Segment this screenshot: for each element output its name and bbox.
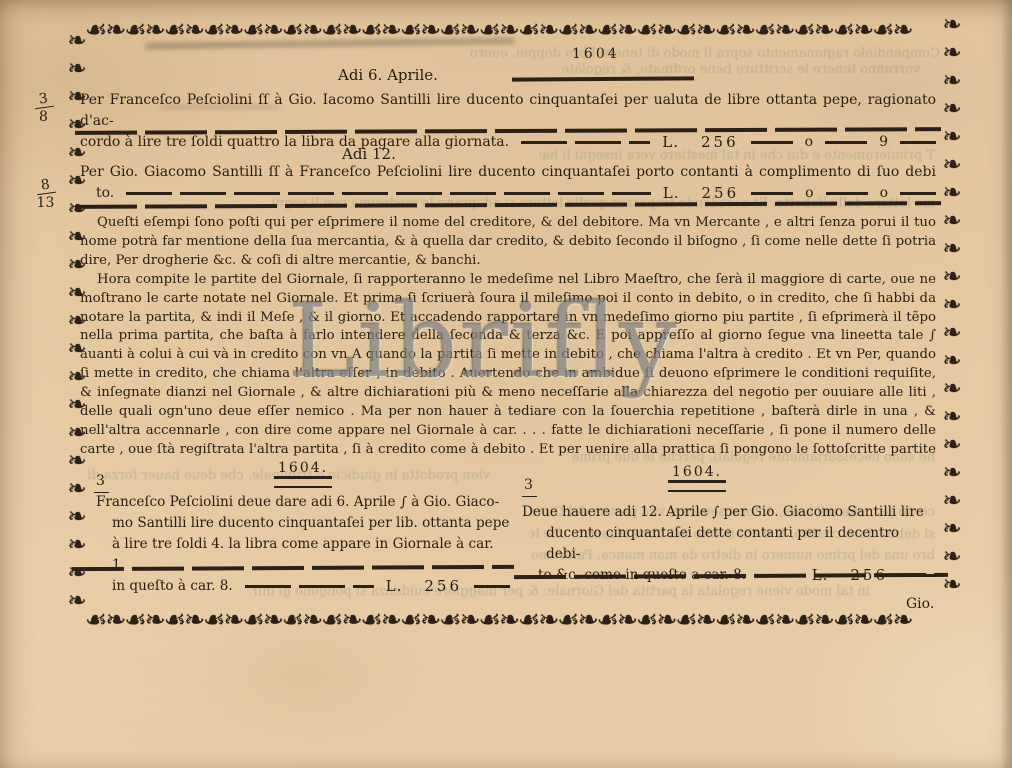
- dash: [825, 141, 867, 144]
- amount-soldi: o: [805, 132, 813, 153]
- fraction-denominator: 8: [34, 108, 53, 124]
- ledger-text: Deue hauere adi 12. Aprile ∫ per Gio. Gi…: [522, 502, 936, 523]
- dash-fill: [245, 585, 374, 588]
- ledger-text: Franceſco Peſciolini deue dare adi 6. Ap…: [88, 492, 510, 513]
- year-underline: [274, 476, 332, 488]
- currency-label: L.: [663, 183, 680, 204]
- amount-lire: 256: [424, 576, 462, 597]
- fraction-numerator: 3: [33, 91, 54, 109]
- ledger-text: mo Santilli lire ducento cinquantaſei pe…: [88, 513, 510, 534]
- dash: [474, 585, 510, 588]
- currency-label: L.: [662, 132, 679, 153]
- entry2-date: Adi 12.: [342, 145, 396, 163]
- dash-fill: [521, 141, 650, 144]
- fleuron-border-right-icon: ❧❧❧❧❧❧❧❧❧❧❧❧❧❧❧❧❧❧❧❧❧❧: [933, 12, 967, 598]
- page-body: 1604 Adi 6. Aprile. Per Franceſco Peſcio…: [80, 0, 936, 768]
- paragraph-1: Queſti eſempi ſono poſti qui per eſprime…: [80, 214, 936, 271]
- amount-denari: 9: [879, 132, 888, 153]
- dash: [751, 192, 793, 195]
- journal-entry-2: Per Gio. Giacomo Santilli ſſ à Franceſco…: [80, 162, 936, 204]
- amount-lire: 256: [701, 132, 739, 153]
- dash: [900, 141, 936, 144]
- amount-lire: 256: [701, 183, 739, 204]
- dash: [900, 192, 936, 195]
- year-underline: [668, 480, 726, 492]
- date-rule: [512, 76, 694, 81]
- journal-entry-1: Per Franceſco Peſciolini ſſ à Gio. Iacom…: [80, 90, 936, 153]
- paragraph-2: Hora compite le partite del Giornale, ſi…: [80, 271, 936, 458]
- page-edge-shadow: [1000, 0, 1012, 768]
- ledger-text: in queſto à car. 8.: [112, 576, 233, 597]
- currency-label: L.: [386, 576, 403, 597]
- margin-fraction-mid: 8 13: [36, 178, 55, 210]
- folio-number: 3: [94, 471, 109, 493]
- entry-text: cordo à lire tre ſoldi quattro la libra …: [80, 132, 509, 153]
- entry-text: Per Franceſco Peſciolini ſſ à Gio. Iacom…: [80, 90, 936, 132]
- entry1-date: Adi 6. Aprile.: [338, 66, 438, 84]
- year-heading: 1604: [572, 46, 620, 62]
- dash: [826, 192, 868, 195]
- margin-fraction-top: 3 8: [34, 92, 53, 124]
- catchword: Gio.: [906, 596, 934, 612]
- entry-text: Per Gio. Giacomo Santilli ſſ à Franceſco…: [80, 162, 936, 183]
- dash: [751, 141, 793, 144]
- folio-number: 3: [522, 475, 537, 497]
- entry-text: to.: [80, 183, 114, 204]
- dash-fill: [126, 192, 650, 195]
- body-paragraphs: Queſti eſempi ſono poſti qui per eſprime…: [80, 214, 936, 458]
- fraction-denominator: 13: [36, 194, 55, 210]
- scanned-book-page: Compendiolo ragionamento sopra il modo d…: [0, 0, 1012, 768]
- ledger-text: ducento cinquantaſei dette contanti per …: [522, 523, 936, 565]
- fraction-numerator: 8: [35, 177, 56, 195]
